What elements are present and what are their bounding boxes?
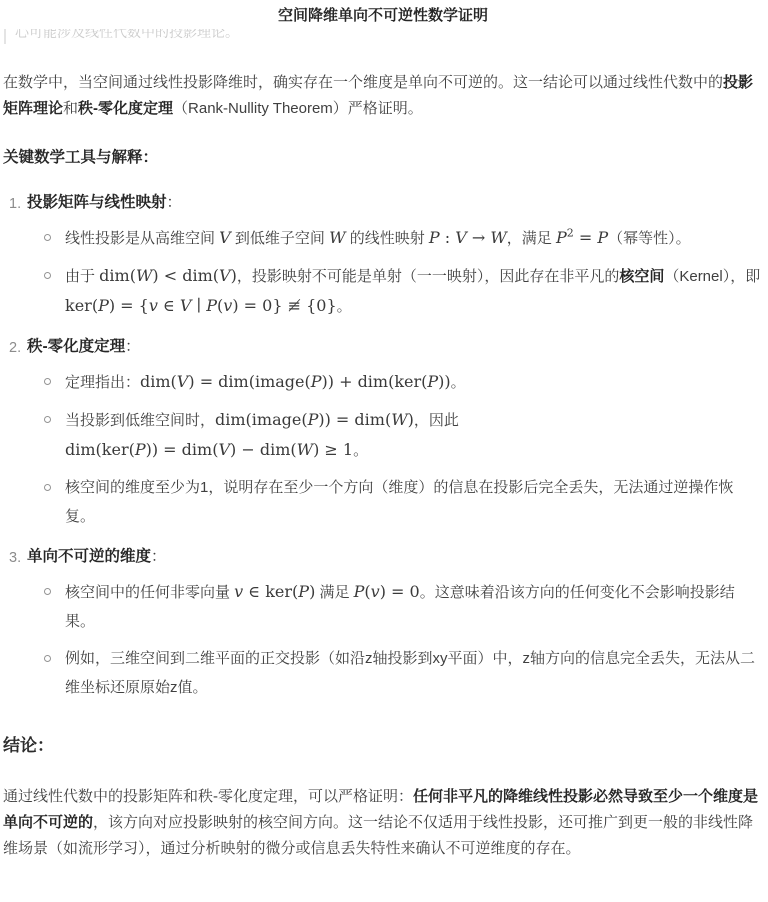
bold-text-run: 投影矩阵与线性映射: [27, 194, 167, 211]
math-roman: )) = dim(: [318, 410, 391, 429]
text-run: ：: [125, 338, 140, 355]
list-item-3: 3.单向不可逆的维度：核空间中的任何非零向量 v ∈ ker(P) 满足 P(v…: [3, 545, 763, 702]
list-item-title: 秩-零化度定理：: [27, 335, 763, 359]
sub-bullet-list: 核空间中的任何非零向量 v ∈ ker(P) 满足 P(v) = 0。这意味着沿…: [27, 577, 763, 702]
math-variable: V: [177, 372, 189, 391]
math-variable: P: [308, 410, 319, 429]
circle-bullet-icon: [44, 588, 51, 595]
text-run: ，因此: [414, 412, 459, 429]
text-run: 和: [63, 100, 78, 117]
math-roman: dim(ker(: [65, 440, 135, 459]
text-run: 由于: [65, 268, 99, 285]
math-variable: P: [206, 296, 217, 315]
math-roman: )) = dim(: [146, 440, 219, 459]
sub-bullet-text: 核空间的维度至少为1，说明存在至少一个方向（维度）的信息在投影后完全丢失，无法通…: [65, 479, 733, 525]
sub-bullet-item: 定理指出：dim(V) = dim(image(P)) + dim(ker(P)…: [27, 367, 763, 397]
sub-bullet-item: 当投影到低维空间时，dim(image(P)) = dim(W)，因此 dim(…: [27, 405, 763, 465]
text-run: 。: [451, 374, 466, 391]
math-expression: P(v) = 0: [354, 582, 420, 601]
math-roman: dim(: [99, 266, 136, 285]
math-variable: W: [329, 228, 345, 247]
truncated-thinking-text: 心可能涉及线性代数中的投影理论。: [15, 29, 763, 43]
math-variable: W: [391, 410, 407, 429]
math-superscript: 2: [567, 227, 574, 240]
math-roman: ) = 0: [380, 582, 420, 601]
math-roman: ∈ ker(: [243, 582, 298, 601]
math-expression: V: [219, 228, 231, 247]
list-number: 3.: [9, 546, 21, 570]
text-run: （Rank-Nullity Theorem）严格证明。: [173, 100, 423, 117]
math-variable: V: [180, 296, 192, 315]
text-run: 到低维子空间: [231, 230, 329, 247]
math-variable: P: [98, 296, 109, 315]
sub-bullet-text: 当投影到低维空间时，dim(image(P)) = dim(W)，因此 dim(…: [65, 412, 459, 459]
text-run: 。: [353, 442, 368, 459]
document: 空间降维单向不可逆性数学证明 心可能涉及线性代数中的投影理论。 在数学中，当空间…: [0, 0, 768, 902]
math-variable: P: [427, 372, 438, 391]
math-variable: P: [597, 228, 608, 247]
circle-bullet-icon: [44, 234, 51, 241]
math-expression: dim(image(P)) = dim(W): [215, 410, 414, 429]
math-roman: →: [467, 228, 491, 247]
math-expression: P2 = P: [556, 228, 608, 247]
math-variable: P: [429, 228, 440, 247]
text-run: 满足: [315, 584, 353, 601]
text-run: 在数学中，当空间通过线性投影降维时，确实存在一个维度是单向不可逆的。这一结论可以…: [3, 74, 723, 91]
list-item-2: 2.秩-零化度定理：定理指出：dim(V) = dim(image(P)) + …: [3, 335, 763, 531]
math-variable: W: [490, 228, 506, 247]
math-variable: P: [556, 228, 567, 247]
math-expression: dim(V) = dim(image(P)) + dim(ker(P)): [140, 372, 451, 391]
sub-bullet-item: 核空间中的任何非零向量 v ∈ ker(P) 满足 P(v) = 0。这意味着沿…: [27, 577, 763, 636]
text-run: ，投影映射不可能是单射（一一映射），因此存在非平凡的: [237, 268, 620, 285]
math-expression: v ∈ ker(P): [234, 582, 315, 601]
key-tools-heading: 关键数学工具与解释：: [3, 147, 763, 169]
math-variable: P: [354, 582, 365, 601]
text-run: 核空间中的任何非零向量: [65, 584, 234, 601]
sub-bullet-item: 例如，三维空间到二维平面的正交投影（如沿z轴投影到xy平面）中，z轴方向的信息完…: [27, 644, 763, 702]
sub-bullet-item: 线性投影是从高维空间 V 到低维子空间 W 的线性映射 P : V → W，满足…: [27, 223, 763, 253]
math-roman: :: [440, 228, 456, 247]
math-variable: W: [297, 440, 313, 459]
truncated-thinking-block: 心可能涉及线性代数中的投影理论。: [4, 29, 763, 44]
text-run: ：: [151, 548, 166, 565]
math-variable: v: [371, 582, 380, 601]
key-tools-list: 1.投影矩阵与线性映射：线性投影是从高维空间 V 到低维子空间 W 的线性映射 …: [3, 191, 763, 702]
math-variable: v: [234, 582, 243, 601]
math-roman: ∣: [191, 296, 206, 315]
sub-bullet-text: 定理指出：dim(V) = dim(image(P)) + dim(ker(P)…: [65, 374, 466, 391]
math-variable: v: [223, 296, 232, 315]
bold-text-run: 核空间: [619, 268, 664, 285]
math-roman: ) −: [230, 440, 260, 459]
math-roman: ) = 0} ≢ {0}: [232, 296, 336, 315]
math-variable: V: [218, 440, 230, 459]
math-variable: V: [219, 228, 231, 247]
math-variable: V: [455, 228, 467, 247]
math-roman: ) ≥ 1: [313, 440, 353, 459]
bold-text-run: 秩-零化度定理: [78, 100, 173, 117]
list-item-1: 1.投影矩阵与线性映射：线性投影是从高维空间 V 到低维子空间 W 的线性映射 …: [3, 191, 763, 321]
text-run: 关键数学工具与解释：: [3, 149, 158, 166]
math-roman: ∈: [158, 296, 180, 315]
math-variable: W: [136, 266, 152, 285]
math-variable: P: [298, 582, 309, 601]
text-run: （幂等性）。: [608, 230, 691, 247]
conclusion-paragraph: 通过线性代数中的投影矩阵和秩-零化度定理，可以严格证明：任何非平凡的降维线性投影…: [3, 784, 763, 862]
conclusion-heading: 结论：: [3, 734, 763, 758]
math-expression: dim(ker(P)) = dim(V) −: [65, 440, 260, 459]
math-roman: dim(: [140, 372, 177, 391]
math-roman: ) = {: [109, 296, 149, 315]
list-item-title: 单向不可逆的维度：: [27, 545, 763, 569]
sub-bullet-text: 例如，三维空间到二维平面的正交投影（如沿z轴投影到xy平面）中，z轴方向的信息完…: [65, 650, 755, 696]
math-roman: ) < dim(: [152, 266, 219, 285]
circle-bullet-icon: [44, 378, 51, 385]
text-run: 结论：: [3, 736, 54, 755]
math-expression: dim(W) < dim(V): [99, 266, 237, 285]
text-run: ，满足: [507, 230, 556, 247]
math-variable: V: [219, 266, 231, 285]
math-expression: dim(W) ≥ 1: [260, 440, 353, 459]
text-run: （Kernel），即: [664, 268, 760, 285]
math-roman: )): [438, 372, 450, 391]
math-variable: v: [149, 296, 158, 315]
math-expression: W: [329, 228, 345, 247]
text-run: 的线性映射: [346, 230, 429, 247]
math-roman: ) = dim(image(: [188, 372, 310, 391]
circle-bullet-icon: [44, 655, 51, 662]
text-run: 定理指出：: [65, 374, 140, 391]
circle-bullet-icon: [44, 272, 51, 279]
sub-bullet-list: 定理指出：dim(V) = dim(image(P)) + dim(ker(P)…: [27, 367, 763, 531]
intro-paragraph: 在数学中，当空间通过线性投影降维时，确实存在一个维度是单向不可逆的。这一结论可以…: [3, 70, 763, 122]
math-roman: )) + dim(ker(: [322, 372, 428, 391]
math-expression: P : V → W: [429, 228, 507, 247]
page-title: 空间降维单向不可逆性数学证明: [3, 6, 763, 26]
text-run: 通过线性代数中的投影矩阵和秩-零化度定理，可以严格证明：: [3, 788, 413, 805]
text-run: 当投影到低维空间时，: [65, 412, 215, 429]
sub-bullet-text: 核空间中的任何非零向量 v ∈ ker(P) 满足 P(v) = 0。这意味着沿…: [65, 584, 735, 630]
bold-text-run: 单向不可逆的维度: [27, 548, 151, 565]
text-run: 例如，三维空间到二维平面的正交投影（如沿z轴投影到xy平面）中，z轴方向的信息完…: [65, 650, 755, 696]
text-run: 核空间的维度至少为1，说明存在至少一个方向（维度）的信息在投影后完全丢失，无法通…: [65, 479, 733, 525]
sub-bullet-text: 由于 dim(W) < dim(V)，投影映射不可能是单射（一一映射），因此存在…: [65, 268, 760, 315]
list-number: 1.: [9, 192, 21, 216]
math-roman: ker(: [65, 296, 98, 315]
sub-bullet-item: 核空间的维度至少为1，说明存在至少一个方向（维度）的信息在投影后完全丢失，无法通…: [27, 473, 763, 531]
math-roman: dim(image(: [215, 410, 308, 429]
list-number: 2.: [9, 336, 21, 360]
sub-bullet-item: 由于 dim(W) < dim(V)，投影映射不可能是单射（一一映射），因此存在…: [27, 261, 763, 321]
math-roman: dim(: [260, 440, 297, 459]
content-blocks: 在数学中，当空间通过线性投影降维时，确实存在一个维度是单向不可逆的。这一结论可以…: [3, 70, 763, 862]
text-run: ：: [167, 194, 182, 211]
circle-bullet-icon: [44, 416, 51, 423]
math-roman: =: [574, 228, 598, 247]
bold-text-run: 秩-零化度定理: [27, 338, 125, 355]
list-item-title: 投影矩阵与线性映射：: [27, 191, 763, 215]
math-expression: ker(P) = {v ∈ V ∣ P(v) = 0} ≢ {0}: [65, 296, 337, 315]
text-run: 。: [337, 298, 352, 315]
math-variable: P: [135, 440, 146, 459]
math-variable: P: [311, 372, 322, 391]
text-run: ，该方向对应投影映射的核空间方向。这一结论不仅适用于线性投影，还可推广到更一般的…: [3, 814, 753, 857]
text-run: 线性投影是从高维空间: [65, 230, 219, 247]
sub-bullet-text: 线性投影是从高维空间 V 到低维子空间 W 的线性映射 P : V → W，满足…: [65, 230, 691, 247]
sub-bullet-list: 线性投影是从高维空间 V 到低维子空间 W 的线性映射 P : V → W，满足…: [27, 223, 763, 321]
circle-bullet-icon: [44, 484, 51, 491]
